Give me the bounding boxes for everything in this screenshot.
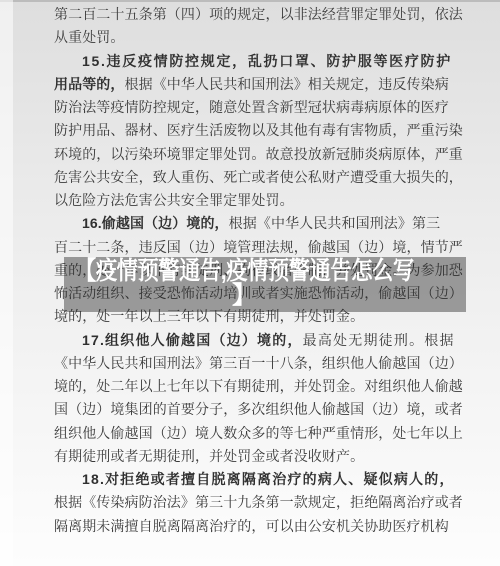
text-segment: 国（边）境集团的首要分子，多次组织他人偷越国（边）境，或者 (54, 401, 463, 417)
text-line: 防护用品、器材、医疗生活废物以及其他有毒有害物质，严重污染 (54, 119, 466, 142)
text-segment: 根据《中华人民共和国刑法》第三 (229, 215, 441, 231)
document-page: 第二百二十五条第（四）项的规定，以非法经营罪定罪处罚，依法从重处罚。15.违反疫… (0, 0, 500, 566)
text-line: 从重处罚。 (54, 26, 466, 49)
text-segment: 最高处无期徒刑。根据 (303, 332, 455, 348)
text-segment: 15.违反疫情防控规定，乱扔口罩、防护服等医疗防护 (82, 53, 452, 69)
text-line: 15.违反疫情防控规定，乱扔口罩、防护服等医疗防护 (54, 50, 466, 73)
text-segment: 百二十二条，违反国（边）境管理法规，偷越国（边）境，情节严 (54, 239, 463, 255)
text-segment: 16.偷越国（边）境的， (82, 215, 229, 231)
text-segment: 根据《传染病防治法》第三十九条第一款规定，拒绝隔离治疗或者 (54, 494, 463, 510)
text-line: 境的，处二年以上七年以下有期徒刑，并处罚金。对组织他人偷越 (54, 375, 466, 398)
photo-top-edge (0, 0, 500, 2)
text-segment: 防护用品、器材、医疗生活废物以及其他有毒有害物质，严重污染 (54, 122, 463, 138)
watermark-overlay: 【疫情预警通告,疫情预警通告怎么写 】 (64, 257, 466, 312)
text-segment: 危害公共安全，致人重伤、死亡或者使公私财产遭受重大损失的， (54, 169, 463, 185)
text-line: 危害公共安全，致人重伤、死亡或者使公私财产遭受重大损失的， (54, 166, 466, 189)
text-segment: 第二百二十五条第（四）项的规定，以非法经营罪定罪处罚，依法 (54, 6, 463, 22)
text-segment: 环境的，以污染环境罪定罪处罚。故意投放新冠肺炎病原体，严重 (54, 146, 463, 162)
text-line: 国（边）境集团的首要分子，多次组织他人偷越国（边）境，或者 (54, 398, 466, 421)
text-segment: 从重处罚。 (54, 29, 125, 45)
text-segment: 防治法等疫情防控规定，随意处置含新型冠状病毒病原体的医疗 (54, 99, 449, 115)
text-line: 有期徒刑或者无期徒刑，并处罚金或者没收财产。 (54, 445, 466, 468)
watermark-title-text: 【疫情预警通告,疫情预警通告怎么写 (75, 257, 414, 285)
text-segment: 根据《中华人民共和国刑法》相关规定，违反传染病 (125, 76, 449, 92)
text-segment: 组织他人偷越国（边）境人数众多的等七种严重情形，处七年以上 (54, 425, 463, 441)
text-line: 隔离期未满擅自脱离隔离治疗的，可以由公安机关协助医疗机构 (54, 515, 466, 538)
text-line: 根据《传染病防治法》第三十九条第一款规定，拒绝隔离治疗或者 (54, 491, 466, 514)
text-segment: 17.组织他人偷越国（边）境的， (82, 332, 303, 348)
text-line: 16.偷越国（边）境的，根据《中华人民共和国刑法》第三 (54, 212, 466, 235)
text-segment: 18.对拒绝或者擅自脱离隔离治疗的病人、疑似病人的， (82, 471, 455, 487)
text-segment: 用品等的， (54, 76, 125, 92)
text-segment: 境的，处二年以上七年以下有期徒刑，并处罚金。对组织他人偷越 (54, 378, 463, 394)
watermark-closing-bracket: 】 (232, 283, 256, 309)
text-line: 《中华人民共和国刑法》第三百一十八条，组织他人偷越国（边） (54, 352, 466, 375)
text-line: 组织他人偷越国（边）境人数众多的等七种严重情形，处七年以上 (54, 422, 466, 445)
text-line: 防治法等疫情防控规定，随意处置含新型冠状病毒病原体的医疗 (54, 96, 466, 119)
text-line: 用品等的，根据《中华人民共和国刑法》相关规定，违反传染病 (54, 73, 466, 96)
photo-left-edge (0, 0, 13, 566)
text-line: 第二百二十五条第（四）项的规定，以非法经营罪定罪处罚，依法 (54, 3, 466, 26)
text-segment: 有期徒刑或者无期徒刑，并处罚金或者没收财产。 (54, 448, 364, 464)
text-line: 18.对拒绝或者擅自脱离隔离治疗的病人、疑似病人的， (54, 468, 466, 491)
text-line: 环境的，以污染环境罪定罪处罚。故意投放新冠肺炎病原体，严重 (54, 143, 466, 166)
text-segment: 《中华人民共和国刑法》第三百一十八条，组织他人偷越国（边） (54, 355, 463, 371)
text-line: 百二十二条，违反国（边）境管理法规，偷越国（边）境，情节严 (54, 236, 466, 259)
text-segment: 隔离期未满擅自脱离隔离治疗的，可以由公安机关协助医疗机构 (54, 518, 449, 534)
text-line: 以危险方法危害公共安全罪定罪处罚。 (54, 189, 466, 212)
text-segment: 以危险方法危害公共安全罪定罪处罚。 (54, 192, 294, 208)
text-line: 17.组织他人偷越国（边）境的，最高处无期徒刑。根据 (54, 329, 466, 352)
